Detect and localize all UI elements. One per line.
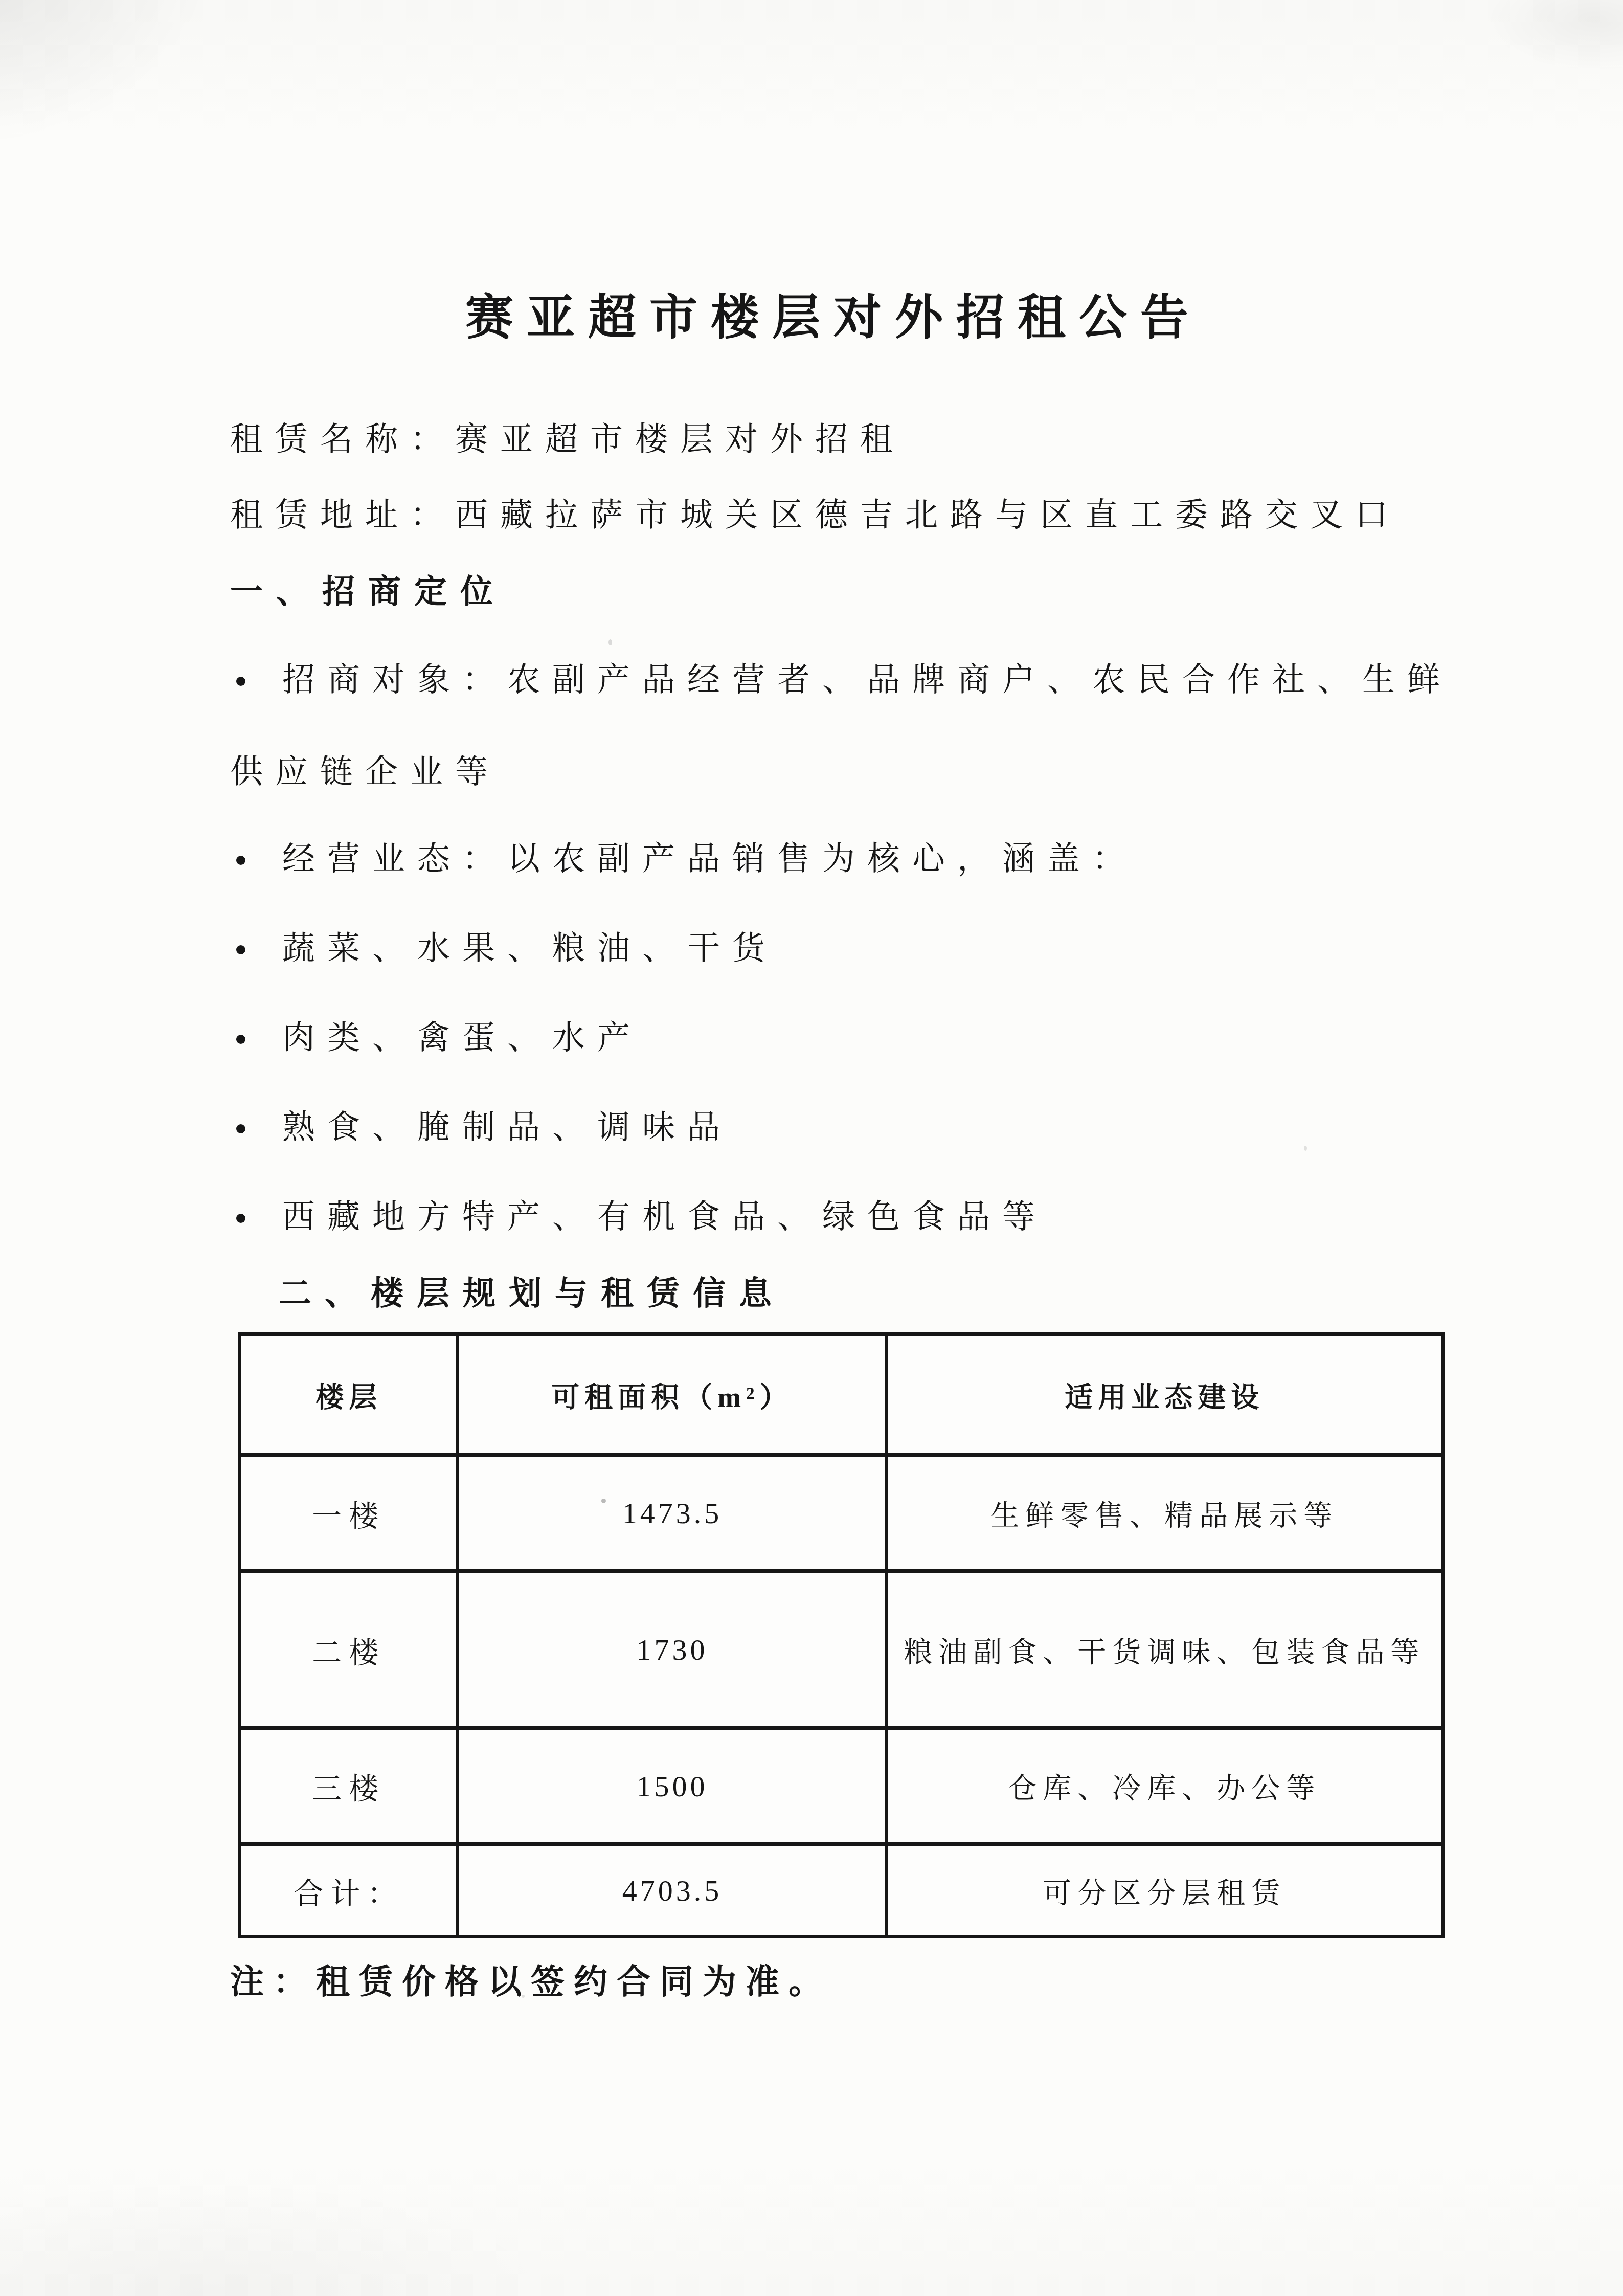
bullet-targets-continuation: 供应链企业等 — [230, 753, 500, 791]
lease-name-line: 租赁名称：赛亚超市楼层对外招租 — [230, 420, 905, 458]
bullet-business-type-text: 经营业态：以农副产品销售为核心，涵盖： — [282, 840, 1137, 878]
table-cell-total-area: 4703.5 — [459, 1846, 888, 1935]
bullet-deli-text: 熟食、腌制品、调味品 — [282, 1108, 732, 1146]
document-title: 赛亚超市楼层对外招租公告 — [44, 291, 1623, 346]
bullet-produce-text: 蔬菜、水果、粮油、干货 — [282, 929, 777, 967]
table-cell-floor2: 二楼 — [241, 1573, 459, 1730]
table-cell-floor1-usage: 生鲜零售、精品展示等 — [888, 1457, 1441, 1573]
table-cell-floor1: 一楼 — [241, 1457, 459, 1573]
table-cell-total-usage: 可分区分层租赁 — [888, 1846, 1441, 1935]
table-cell-floor3-usage: 仓库、冷库、办公等 — [888, 1730, 1441, 1846]
bullet-dot-icon — [236, 1035, 245, 1044]
bullet-produce: 蔬菜、水果、粮油、干货 — [230, 929, 777, 967]
bullet-meat-text: 肉类、禽蛋、水产 — [282, 1019, 642, 1057]
bullet-targets-text: 招商对象：农副产品经营者、品牌商户、农民合作社、生鲜 — [282, 661, 1452, 699]
bullet-specialty-text: 西藏地方特产、有机食品、绿色食品等 — [282, 1198, 1047, 1236]
bullet-specialty: 西藏地方特产、有机食品、绿色食品等 — [230, 1198, 1047, 1236]
scanned-document-page: 赛亚超市楼层对外招租公告 租赁名称：赛亚超市楼层对外招租 租赁地址：西藏拉萨市城… — [0, 0, 1623, 2296]
bullet-targets: 招商对象：农副产品经营者、品牌商户、农民合作社、生鲜 — [230, 661, 1452, 699]
table-header-area: 可租面积（m²） — [459, 1336, 888, 1457]
price-note: 注：租赁价格以签约合同为准。 — [230, 1963, 831, 2002]
scan-speck — [1304, 1146, 1307, 1151]
table-cell-floor1-area: 1473.5 — [459, 1457, 888, 1573]
table-cell-floor2-usage: 粮油副食、干货调味、包装食品等 — [888, 1573, 1441, 1730]
table-cell-floor2-area: 1730 — [459, 1573, 888, 1730]
bullet-dot-icon — [236, 856, 245, 865]
bullet-deli: 熟食、腌制品、调味品 — [230, 1108, 732, 1146]
table-header-floor: 楼层 — [241, 1336, 459, 1457]
bullet-meat: 肉类、禽蛋、水产 — [230, 1019, 642, 1057]
bullet-dot-icon — [236, 677, 245, 686]
scan-speck — [608, 639, 612, 645]
bullet-dot-icon — [236, 945, 245, 954]
scan-speck — [601, 1499, 606, 1503]
scan-speck — [522, 1995, 525, 1998]
table-header-usage: 适用业态建设 — [888, 1336, 1441, 1457]
section1-heading: 一、招商定位 — [230, 573, 506, 611]
section2-heading: 二、楼层规划与租赁信息 — [279, 1275, 785, 1312]
bullet-dot-icon — [236, 1124, 245, 1133]
table-cell-floor3-area: 1500 — [459, 1730, 888, 1846]
table-cell-floor3: 三楼 — [241, 1730, 459, 1846]
floor-leasing-table: 楼层 可租面积（m²） 适用业态建设 一楼 1473.5 生鲜零售、精品展示等 … — [238, 1332, 1445, 1938]
bullet-dot-icon — [236, 1214, 245, 1223]
bullet-business-type: 经营业态：以农副产品销售为核心，涵盖： — [230, 840, 1137, 878]
lease-address-line: 租赁地址：西藏拉萨市城关区德吉北路与区直工委路交叉口 — [230, 496, 1400, 534]
table-cell-total-label: 合计： — [241, 1846, 459, 1935]
